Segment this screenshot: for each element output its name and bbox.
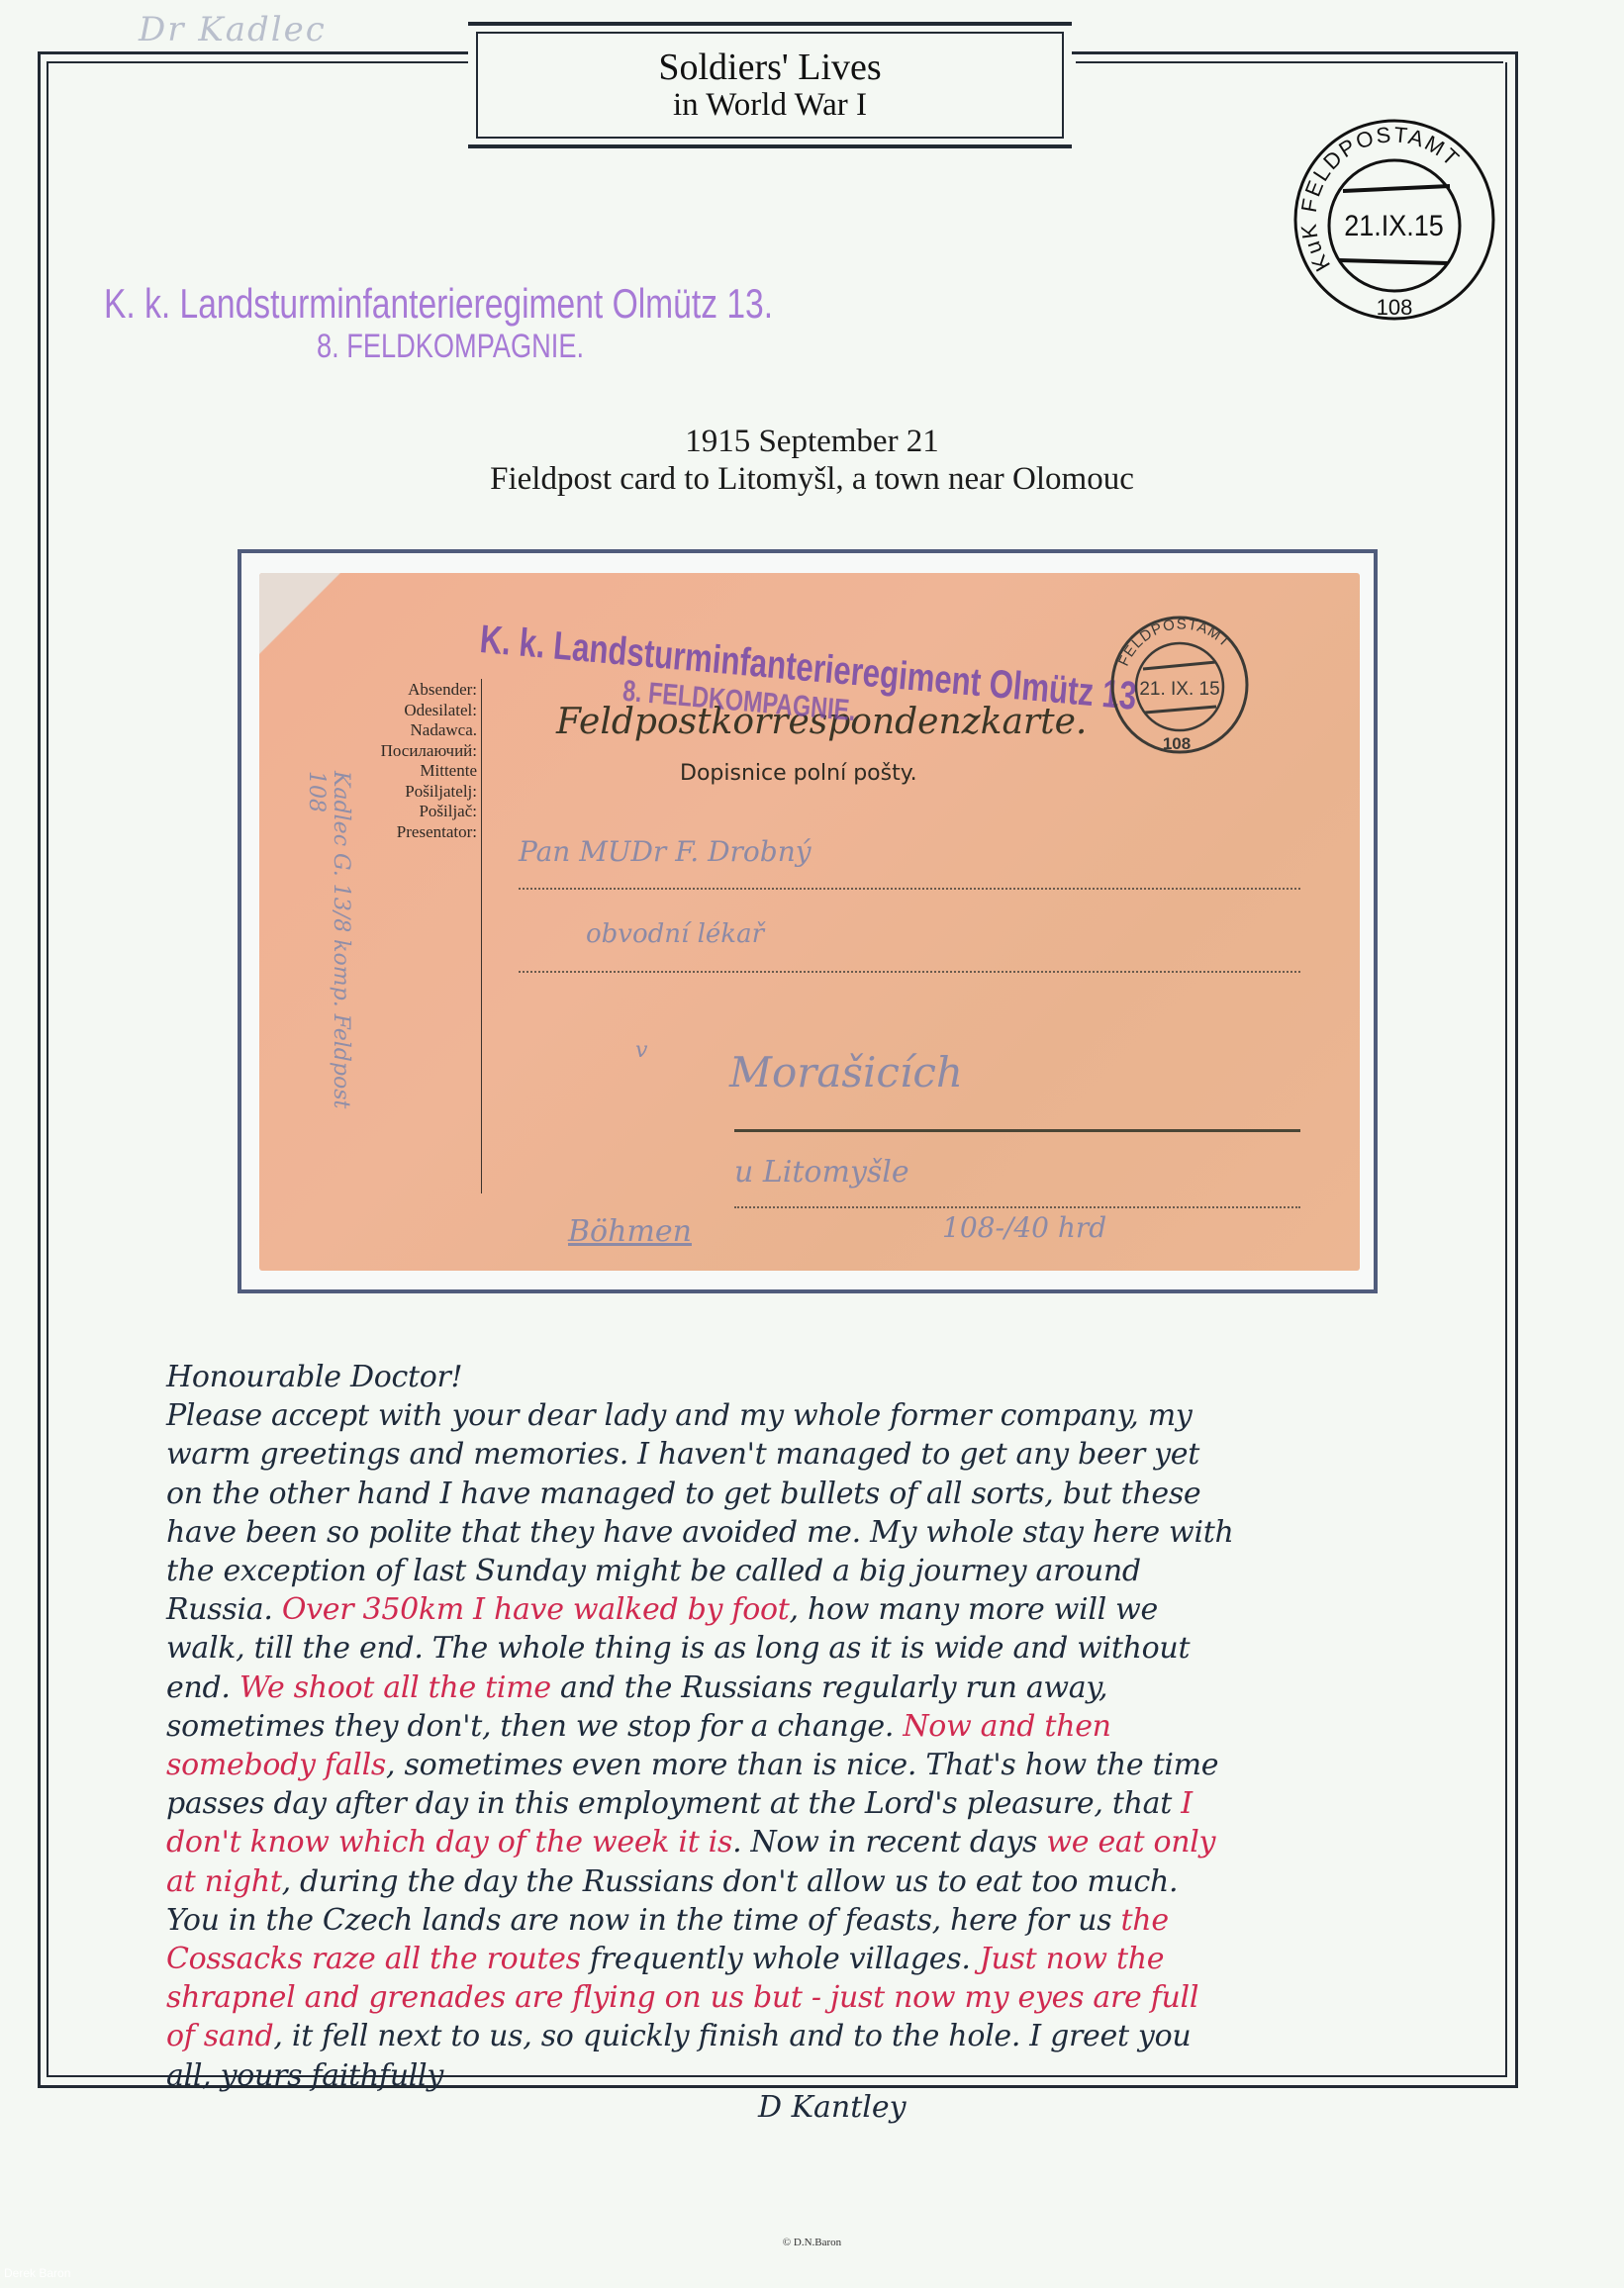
address-line-1: Pan MUDr F. Drobný	[519, 835, 812, 868]
highlighted-phrase: shrapnel and grenades are flying on us b…	[166, 1980, 1198, 2015]
card-caption: 1915 September 21 Fieldpost card to Lito…	[0, 424, 1624, 499]
regiment-name: K. k. Landsturminfanterieregiment Olmütz…	[104, 280, 773, 328]
letter-line: walk, till the end. The whole thing is a…	[166, 1629, 1492, 1668]
letter-text: Russia.	[166, 1592, 282, 1627]
frame-rule	[47, 61, 487, 63]
watermark: Derek Baron	[4, 2266, 70, 2280]
postal-note: 108-/40 hrd	[942, 1211, 1106, 1244]
postmark-ring-text: KuK FELDPOSTAMT	[1295, 122, 1465, 275]
letter-line: at night, during the day the Russians do…	[166, 1862, 1492, 1901]
address-line-2: obvodní lékař	[586, 919, 764, 949]
letter-text: Honourable Doctor!	[166, 1360, 462, 1394]
letter-line: You in the Czech lands are now in the ti…	[166, 1901, 1492, 1940]
letter-line: sometimes they don't, then we stop for a…	[166, 1707, 1492, 1746]
address-country: Böhmen	[568, 1214, 692, 1249]
address-rule	[519, 971, 1300, 973]
address-line-3: v	[635, 1038, 647, 1063]
regiment-stamp-replica: K. k. Landsturminfanterieregiment Olmütz…	[104, 280, 773, 366]
highlighted-phrase: Now and then	[903, 1709, 1110, 1744]
sender-handwriting: Kadlec G. 13/8 komp. Feldpost 108	[324, 771, 353, 1147]
letter-text: Please accept with your dear lady and my…	[166, 1398, 1193, 1433]
highlighted-phrase: I	[1181, 1786, 1193, 1821]
sender-divider	[481, 679, 482, 1193]
card-postmark-number: 108	[1163, 734, 1191, 753]
page-title: Soldiers' Lives	[478, 48, 1062, 88]
letter-text: and the Russians regularly run away,	[551, 1670, 1107, 1705]
card-postmark-date: 21. IX. 15	[1139, 679, 1219, 700]
letter-line: shrapnel and grenades are flying on us b…	[166, 1978, 1492, 2017]
letter-text: on the other hand I have managed to get …	[166, 1477, 1200, 1511]
address-rule-solid	[734, 1129, 1300, 1132]
letter-text: You in the Czech lands are now in the ti…	[166, 1903, 1121, 1938]
card-subheading: Dopisnice polní pošty.	[680, 761, 917, 786]
highlighted-phrase: we eat only	[1046, 1825, 1215, 1859]
letter-line: passes day after day in this employment …	[166, 1784, 1492, 1823]
letter-signature: D Kantley	[758, 2090, 907, 2125]
frame-rule	[1076, 61, 1503, 63]
letter-text: warm greetings and memories. I haven't m…	[166, 1437, 1199, 1472]
letter-text: walk, till the end. The whole thing is a…	[166, 1631, 1190, 1666]
highlighted-phrase: don't know which day of the week it is	[166, 1825, 732, 1859]
letter-text: , it fell next to us, so quickly finish …	[273, 2019, 1191, 2053]
highlighted-phrase: We shoot all the time	[239, 1670, 551, 1705]
sender-label: Odesilatel:	[329, 701, 477, 721]
letter-line: end. We shoot all the time and the Russi…	[166, 1668, 1492, 1707]
letter-line: somebody falls, sometimes even more than…	[166, 1746, 1492, 1784]
letter-line: Russia. Over 350km I have walked by foot…	[166, 1590, 1492, 1629]
letter-text: frequently whole villages.	[581, 1942, 980, 1976]
letter-text: , during the day the Russians don't allo…	[282, 1864, 1179, 1899]
letter-text: all, yours faithfully	[166, 2058, 443, 2093]
address-rule	[734, 1206, 1300, 1208]
letter-line: warm greetings and memories. I haven't m…	[166, 1435, 1492, 1474]
highlighted-phrase: Over 350km I have walked by foot	[282, 1592, 790, 1627]
letter-transcription: Honourable Doctor!Please accept with you…	[166, 1358, 1492, 2095]
pencil-annotation: Dr Kadlec	[139, 10, 327, 49]
letter-line: Honourable Doctor!	[166, 1358, 1492, 1396]
letter-line: have been so polite that they have avoid…	[166, 1513, 1492, 1552]
address-rule	[519, 888, 1300, 890]
fieldpost-card: Absender:Odesilatel:Nadawca.Посилаючий:M…	[259, 573, 1360, 1271]
letter-text: , sometimes even more than is nice. That…	[386, 1748, 1218, 1782]
svg-text:KuK FELDPOSTAMT: KuK FELDPOSTAMT	[1295, 122, 1465, 275]
letter-text: the exception of last Sunday might be ca…	[166, 1554, 1141, 1588]
card-mount: Absender:Odesilatel:Nadawca.Посилаючий:M…	[238, 549, 1378, 1293]
address-line-5: u Litomyšle	[734, 1155, 909, 1190]
letter-text: , how many more will we	[790, 1592, 1158, 1627]
letter-line: don't know which day of the week it is. …	[166, 1823, 1492, 1861]
card-postmark: FELDPOSTAMT 21. IX. 15 108	[1105, 608, 1254, 756]
sender-label: Absender:	[329, 680, 477, 701]
postmark-number: 108	[1377, 295, 1413, 320]
letter-line: on the other hand I have managed to get …	[166, 1475, 1492, 1513]
highlighted-phrase: somebody falls	[166, 1748, 386, 1782]
page-subtitle: in World War I	[478, 88, 1062, 123]
caption-date: 1915 September 21	[0, 424, 1624, 461]
sender-label: Посилаючий:	[329, 741, 477, 762]
postmark-date: 21.IX.15	[1344, 210, 1444, 243]
highlighted-phrase: at night	[166, 1864, 282, 1899]
postmark-replica: KuK FELDPOSTAMT 21.IX.15 108	[1291, 117, 1497, 323]
caption-description: Fieldpost card to Litomyšl, a town near …	[0, 461, 1624, 499]
company-name: 8. FELDKOMPAGNIE.	[104, 328, 773, 366]
letter-text: have been so polite that they have avoid…	[166, 1515, 1234, 1550]
copyright-notice: © D.N.Baron	[0, 2237, 1624, 2248]
letter-text: end.	[166, 1670, 239, 1705]
card-corner-fold	[259, 573, 348, 662]
letter-line: Please accept with your dear lady and my…	[166, 1396, 1492, 1435]
letter-text: passes day after day in this employment …	[166, 1786, 1181, 1821]
highlighted-phrase: of sand	[166, 2019, 273, 2053]
letter-line: all, yours faithfully	[166, 2056, 1492, 2095]
highlighted-phrase: the	[1121, 1903, 1169, 1938]
letter-line: the exception of last Sunday might be ca…	[166, 1552, 1492, 1590]
highlighted-phrase: Cossacks raze all the routes	[166, 1942, 581, 1976]
highlighted-phrase: Just now the	[980, 1942, 1164, 1976]
sender-label: Nadawca.	[329, 720, 477, 741]
page-title-box: Soldiers' Lives in World War I	[468, 22, 1072, 148]
address-town: Morašicích	[729, 1048, 963, 1096]
letter-text: sometimes they don't, then we stop for a…	[166, 1709, 903, 1744]
letter-line: of sand, it fell next to us, so quickly …	[166, 2017, 1492, 2055]
letter-text: . Now in recent days	[732, 1825, 1046, 1859]
letter-line: Cossacks raze all the routes frequently …	[166, 1940, 1492, 1978]
